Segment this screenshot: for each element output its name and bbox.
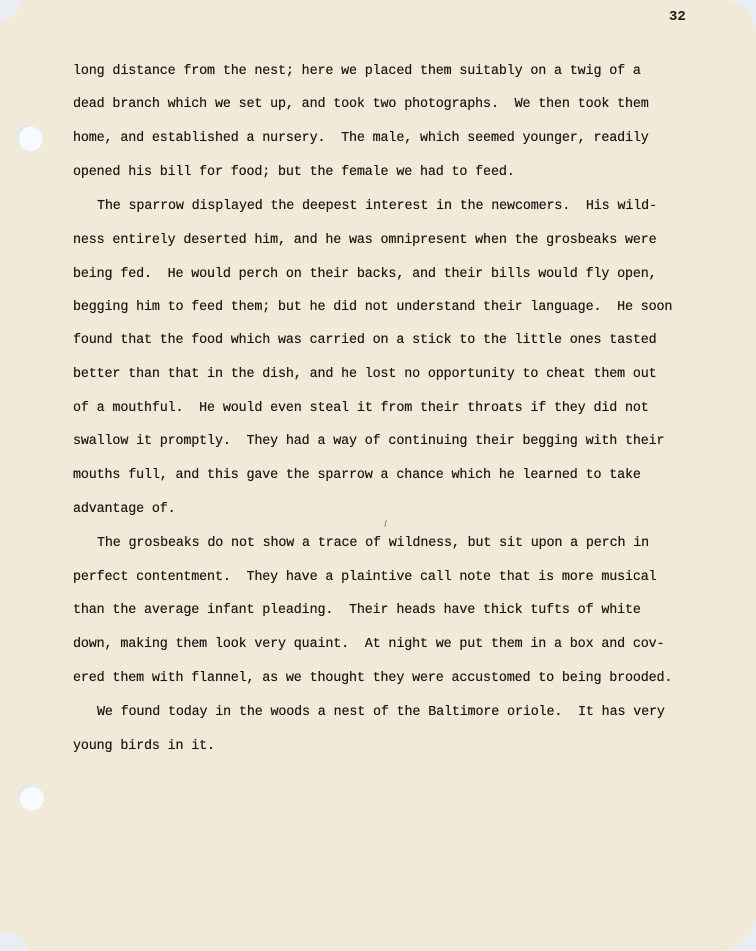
text-line: opened his bill for food; but the female… [73,164,515,182]
text-line: than the average infant pleading. Their … [73,602,641,620]
text-line: of a mouthful. He would even steal it fr… [73,400,649,418]
text-line: ness entirely deserted him, and he was o… [73,232,657,250]
paragraph-start-line: The grosbeaks do not show a trace of wil… [97,535,649,553]
page-number: 32 [669,9,686,25]
text-line: dead branch which we set up, and took tw… [73,96,649,114]
text-line: ered them with flannel, as we thought th… [73,670,672,688]
typed-page: 32 long distance from the nest; here we … [0,0,756,951]
text-line: being fed. He would perch on their backs… [73,266,657,284]
text-line: swallow it promptly. They had a way of c… [73,433,664,451]
text-line: perfect contentment. They have a plainti… [73,569,657,587]
text-line: young birds in it. [73,738,215,756]
text-line: better than that in the dish, and he los… [73,366,657,384]
punch-hole-top [17,125,43,151]
text-line: found that the food which was carried on… [73,332,657,350]
paragraph-start-line: The sparrow displayed the deepest intere… [97,198,657,216]
text-line: begging him to feed them; but he did not… [73,299,672,317]
text-line: down, making them look very quaint. At n… [73,636,664,654]
text-line: advantage of. [73,501,176,519]
text-line: mouths full, and this gave the sparrow a… [73,467,641,485]
punch-hole-bottom [18,785,44,811]
stray-mark [384,520,386,527]
text-line: home, and established a nursery. The mal… [73,130,649,148]
paragraph-start-line: We found today in the woods a nest of th… [97,704,665,722]
text-line: long distance from the nest; here we pla… [73,63,641,81]
